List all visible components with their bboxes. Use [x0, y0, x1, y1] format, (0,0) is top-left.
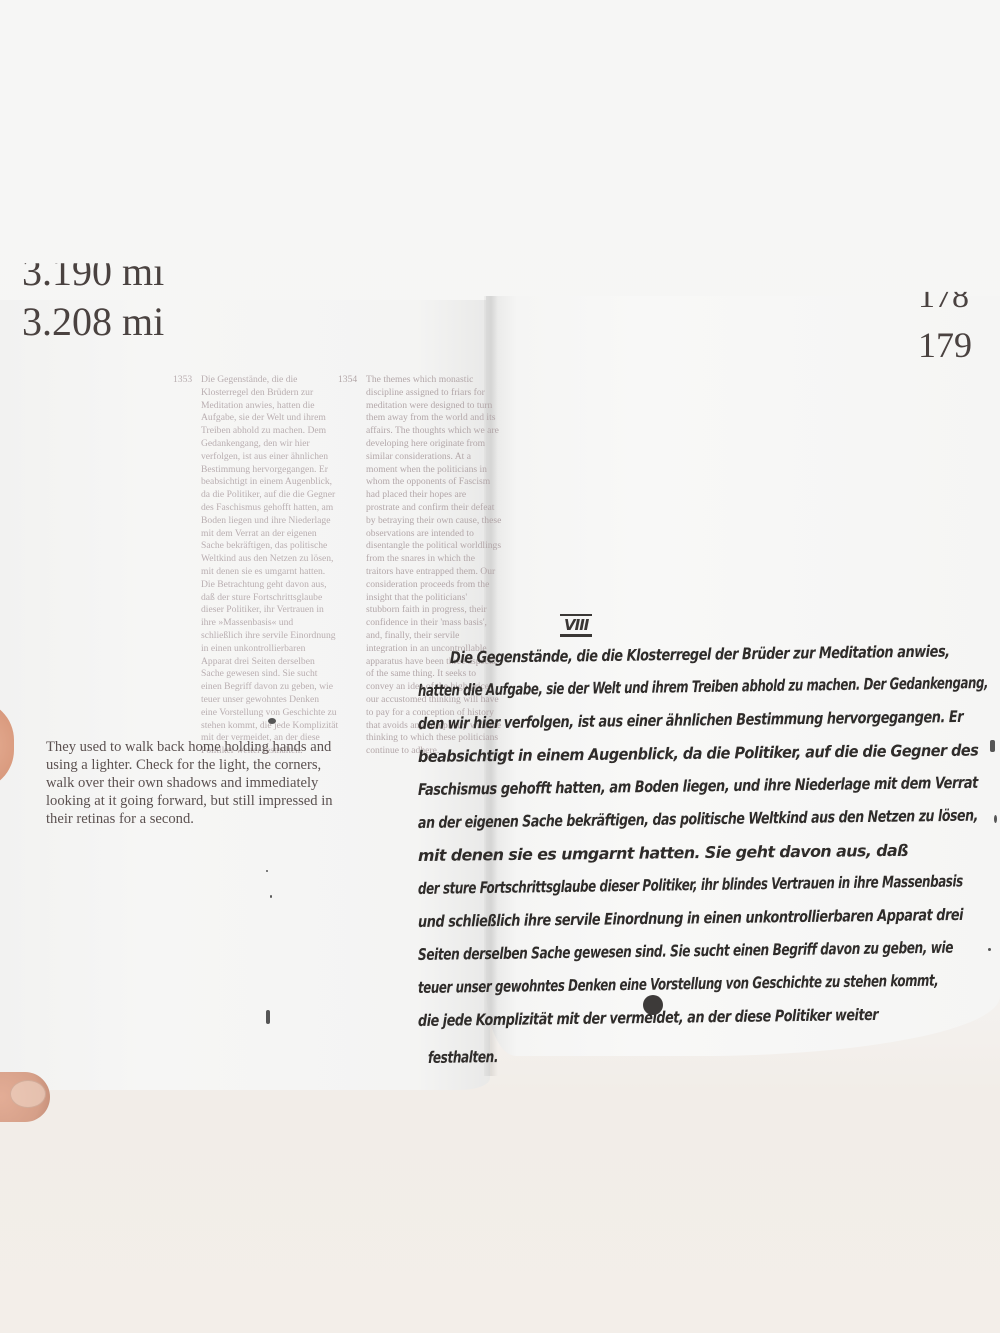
- text-line: teuer unser gewohntes Denken: [201, 694, 338, 707]
- print-speck: [266, 1010, 270, 1024]
- page-number: 179: [918, 326, 972, 366]
- text-line: moment when the politicians in: [366, 464, 501, 477]
- text-line: meditation were designed to turn: [366, 400, 501, 413]
- text-line: confidence in their 'mass basis',: [366, 617, 501, 630]
- text-line: by betraying their own cause, these: [366, 515, 501, 528]
- paragraph-number: 1354: [338, 374, 357, 387]
- text-line: had placed their hopes are: [366, 489, 501, 502]
- text-line: ihre »Massenbasis« und: [201, 617, 338, 630]
- text-line: their retinas for a second.: [46, 810, 366, 828]
- text-line: in einen unkontrollierbaren: [201, 643, 338, 656]
- print-speck: [990, 740, 995, 752]
- text-line: Weltkind aus den Netzen zu lösen,: [201, 553, 338, 566]
- text-line: from the snares in which the: [366, 553, 501, 566]
- print-speck: [266, 870, 268, 872]
- text-line: da die Politiker, auf die die Gegner: [201, 489, 338, 502]
- text-line: des Faschismus gehofft hatten, am: [201, 502, 338, 515]
- text-line: Boden liegen und ihre Niederlage: [201, 515, 338, 528]
- text-line: Klosterregel den Brüdern zur: [201, 387, 338, 400]
- text-line: Apparat drei Seiten derselben: [201, 656, 338, 669]
- fingernail: [10, 1080, 46, 1108]
- print-speck: [994, 815, 997, 823]
- text-line: stubborn faith in progress, their: [366, 604, 501, 617]
- quote-paragraph: They used to walk back home holding hand…: [46, 738, 366, 828]
- text-line: them away from the world and its: [366, 412, 501, 425]
- text-line: insight that the politicians': [366, 592, 501, 605]
- text-line: They used to walk back home holding hand…: [46, 738, 366, 756]
- text-line: traitors have entrapped them. Our: [366, 566, 501, 579]
- text-line: Treiben abhold zu machen. Dem: [201, 425, 338, 438]
- text-line: The themes which monastic: [366, 374, 501, 387]
- text-line: Meditation anwies, hatten die: [201, 400, 338, 413]
- text-line: verfolgen, ist aus einer ähnlichen: [201, 451, 338, 464]
- print-speck: [268, 718, 276, 724]
- text-line: Die Gegenstände, die die: [201, 374, 338, 387]
- text-line: consideration proceeds from the: [366, 579, 501, 592]
- text-line: looking at it going forward, but still i…: [46, 792, 366, 810]
- text-line: Bestimmung hervorgegangen. Er: [201, 464, 338, 477]
- text-line: Die Betrachtung geht davon aus,: [201, 579, 338, 592]
- text-line: whom the opponents of Fascism: [366, 476, 501, 489]
- manuscript-section-heading: VIII: [560, 614, 592, 637]
- print-speck: [988, 948, 991, 951]
- text-line: einen Begriff davon zu geben, wie: [201, 681, 338, 694]
- text-line: dieser Politiker, ihr Vertrauen in: [201, 604, 338, 617]
- text-line: schließlich ihre servile Einordnung: [201, 630, 338, 643]
- text-line: Aufgabe, sie der Welt und ihrem: [201, 412, 338, 425]
- distance-label: 3.208 mi: [22, 300, 164, 344]
- text-line: Gedankengang, den wir hier: [201, 438, 338, 451]
- text-line: using a lighter. Check for the light, th…: [46, 756, 366, 774]
- handwritten-line: festhalten.: [428, 1047, 498, 1067]
- text-line: prostrate and confirm their defeat: [366, 502, 501, 515]
- text-line: observations are intended to: [366, 528, 501, 541]
- text-line: affairs. The thoughts which we are: [366, 425, 501, 438]
- ink-blot: [643, 995, 663, 1015]
- print-speck: [270, 895, 272, 898]
- text-line: developing here originate from: [366, 438, 501, 451]
- english-paragraph: The themes which monasticdiscipline assi…: [366, 374, 501, 758]
- text-line: and, finally, their servile: [366, 630, 501, 643]
- text-line: thinking to which these politicians: [366, 732, 501, 745]
- text-line: beabsichtigt in einem Augenblick,: [201, 476, 338, 489]
- text-line: mit dem Verrat an der eigenen: [201, 528, 338, 541]
- text-line: discipline assigned to friars for: [366, 387, 501, 400]
- german-paragraph: Die Gegenstände, die dieKlosterregel den…: [201, 374, 338, 758]
- text-line: similar considerations. At a: [366, 451, 501, 464]
- text-line: disentangle the political worldlings: [366, 540, 501, 553]
- text-line: mit denen sie es umgarnt hatten.: [201, 566, 338, 579]
- paragraph-number: 1353: [173, 374, 192, 387]
- text-line: Sache gewesen sind. Sie sucht: [201, 668, 338, 681]
- text-line: daß der sture Fortschrittsglaube: [201, 592, 338, 605]
- text-line: walk over their own shadows and immediat…: [46, 774, 366, 792]
- text-line: Sache bekräftigen, das politische: [201, 540, 338, 553]
